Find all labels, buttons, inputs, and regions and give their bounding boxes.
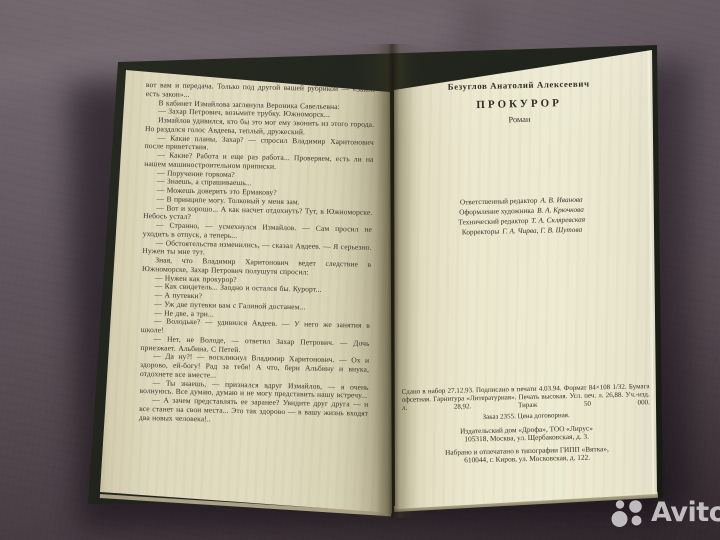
avito-logo-icon	[610, 496, 646, 529]
book-photo-scene: вот вам и передача. Только под другой ва…	[0, 0, 720, 540]
book-title: ПРОКУРОР	[395, 95, 643, 113]
credits-block: Ответственный редакторА. В. Иванова Офор…	[397, 193, 646, 239]
credit-role: Оформление художника	[459, 206, 534, 217]
credit-name: А. В. Иванова	[540, 195, 582, 205]
credit-role: Ответственный редактор	[460, 196, 538, 207]
printer-block: Набрано и отпечатано в типографии ГИПП «…	[403, 444, 651, 466]
avito-watermark: Avito	[610, 496, 720, 529]
title-page-content: Безуглов Анатолий Алексеевич ПРОКУРОР Ро…	[386, 41, 667, 517]
credit-role: Технический редактор	[458, 216, 528, 227]
book-genre: Роман	[395, 112, 643, 127]
credit-name: В. А. Крючкова	[537, 205, 584, 215]
left-page-text: вот вам и передача. Только под другой ва…	[139, 81, 375, 427]
credit-name: Г. А. Чирва, Г. В. Шутова	[502, 225, 582, 236]
right-page-title-page: Безуглов Анатолий Алексеевич ПРОКУРОР Ро…	[390, 44, 660, 514]
imprint-block: Сдано в набор 27.12.93. Подписано в печа…	[402, 382, 650, 412]
body-paragraph: — А зачем представлять ее заранее? Увиди…	[139, 396, 368, 427]
left-page: вот вам и передача. Только под другой ва…	[96, 66, 394, 516]
credit-name: Т. А. Скляревская	[531, 215, 585, 225]
avito-watermark-label: Avito	[651, 499, 720, 526]
credit-role: Корректоры	[462, 227, 500, 237]
publisher-block: Издательский дом «Дрофа», ТОО «Лирус» 10…	[402, 423, 650, 445]
